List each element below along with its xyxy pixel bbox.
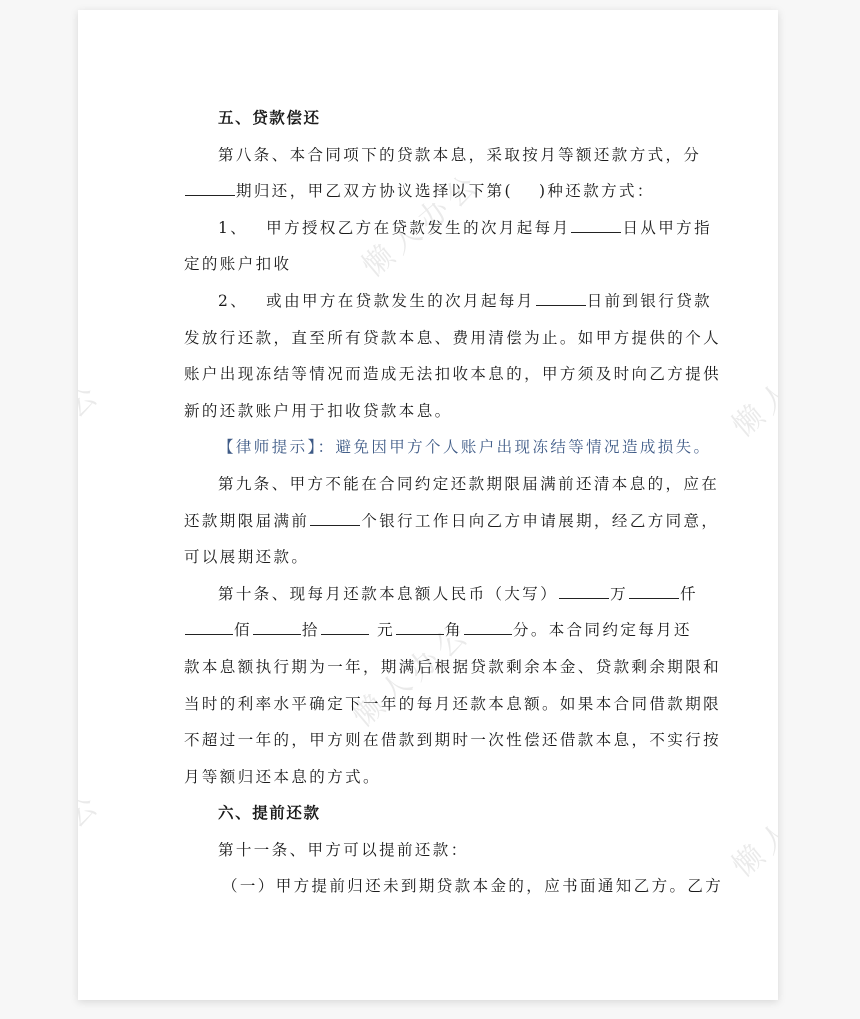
article-9-line: 还款期限届满前个银行工作日向乙方申请展期，经乙方同意，	[184, 503, 672, 540]
article-8-line: 第八条、本合同项下的贷款本息，采取按月等额还款方式，分	[184, 137, 672, 174]
option-2-line: 新的还款账户用于扣收贷款本息。	[184, 393, 672, 430]
article-10-line: 月等额归还本息的方式。	[184, 759, 672, 796]
watermark: 懒人办公	[721, 759, 778, 885]
article-8-line: 期归还，甲乙双方协议选择以下第()种还款方式：	[184, 173, 672, 210]
watermark: 懒人办公	[721, 319, 778, 445]
section-heading-early-repayment: 六、提前还款	[184, 795, 672, 832]
blank-field-fen[interactable]	[464, 633, 512, 635]
article-10-line: 款本息额执行期为一年，期满后根据贷款剩余本金、贷款剩余期限和	[184, 649, 672, 686]
document-body: 五、贷款偿还 第八条、本合同项下的贷款本息，采取按月等额还款方式，分 期归还，甲…	[184, 100, 672, 905]
document-page: 懒人办公 懒人办公 懒人办公 懒人办公 懒人办公 懒人办公 五、贷款偿还 第八条…	[78, 10, 778, 1000]
option-1-line: 1、甲方授权乙方在贷款发生的次月起每月日从甲方指	[184, 210, 672, 247]
option-2-line: 账户出现冻结等情况而造成无法扣收本息的，甲方须及时向乙方提供	[184, 356, 672, 393]
blank-field-deduction-day[interactable]	[571, 231, 621, 233]
lawyer-tip: 【律师提示】：避免因甲方个人账户出现冻结等情况造成损失。	[184, 429, 672, 466]
blank-field-installments[interactable]	[185, 194, 235, 196]
blank-field-jiao[interactable]	[396, 633, 444, 635]
section-heading-loan-repayment: 五、贷款偿还	[184, 100, 672, 137]
watermark: 懒人办公	[78, 779, 109, 905]
article-10-line: 不超过一年的，甲方则在借款到期时一次性偿还借款本息，不实行按	[184, 722, 672, 759]
option-2-line: 2、或由甲方在贷款发生的次月起每月日前到银行贷款	[184, 283, 672, 320]
article-10-line: 第十条、现每月还款本息额人民币（大写）万仟	[184, 576, 672, 613]
blank-field-shi[interactable]	[253, 633, 301, 635]
watermark: 懒人办公	[78, 369, 109, 495]
blank-field-qian[interactable]	[629, 597, 679, 599]
blank-field-yuan[interactable]	[321, 633, 369, 635]
article-9-line: 第九条、甲方不能在合同约定还款期限届满前还清本息的，应在	[184, 466, 672, 503]
article-11-line: 第十一条、甲方可以提前还款：	[184, 832, 672, 869]
blank-field-wan[interactable]	[559, 597, 609, 599]
article-9-line: 可以展期还款。	[184, 539, 672, 576]
blank-field-working-days[interactable]	[310, 524, 360, 526]
blank-field-payment-day[interactable]	[536, 304, 586, 306]
article-10-line: 当时的利率水平确定下一年的每月还款本息额。如果本合同借款期限	[184, 686, 672, 723]
article-11-item-1: （一）甲方提前归还未到期贷款本金的，应书面通知乙方。乙方	[184, 868, 672, 905]
option-2-line: 发放行还款，直至所有贷款本息、费用清偿为止。如甲方提供的个人	[184, 320, 672, 357]
option-1-line: 定的账户扣收	[184, 246, 672, 283]
blank-field-bai[interactable]	[185, 633, 233, 635]
article-10-line: 佰拾 元角分。本合同约定每月还	[184, 612, 672, 649]
